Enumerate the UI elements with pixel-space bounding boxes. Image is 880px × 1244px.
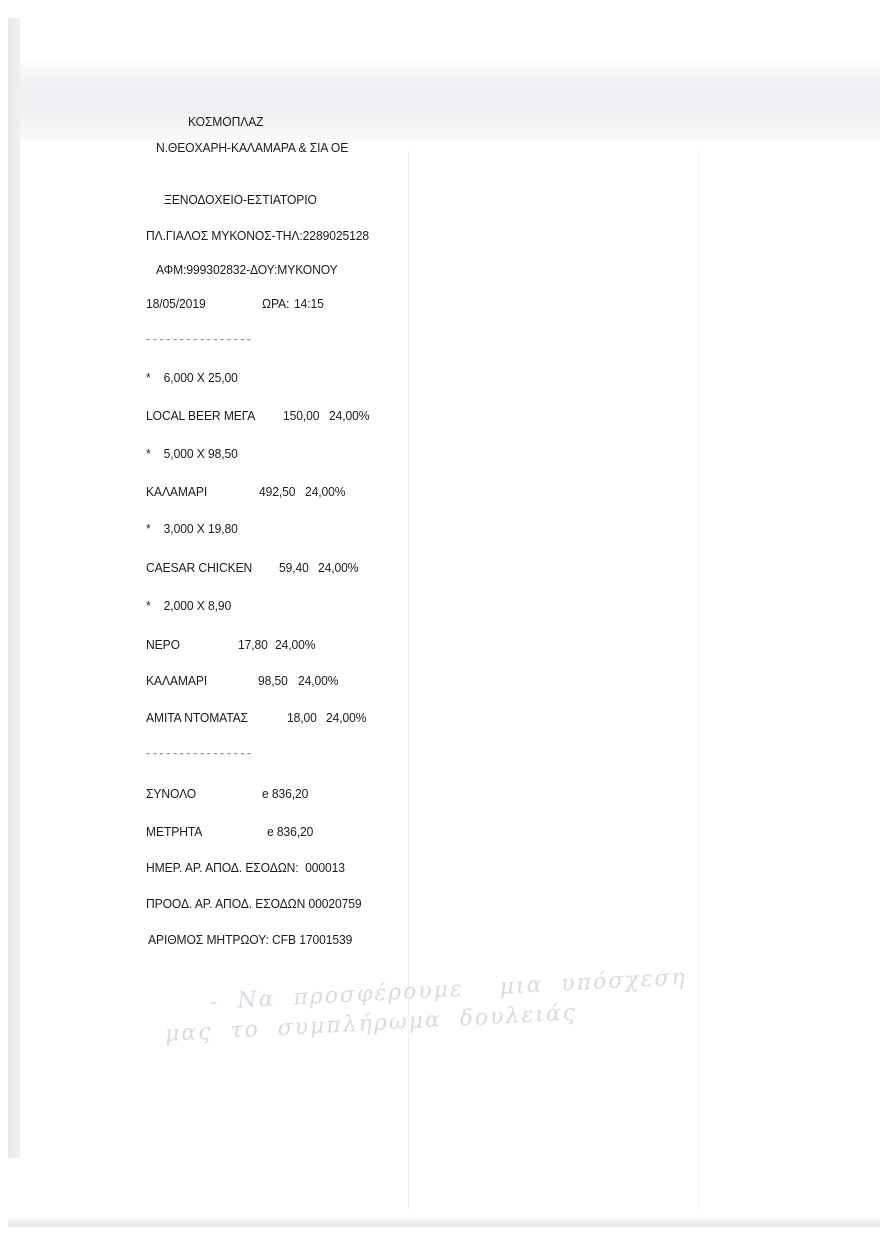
item-vat: 24,00% <box>329 408 369 423</box>
company-name: Ν.ΘΕΟΧΑΡΗ-ΚΑΛΑΜΑΡΑ & ΣΙΑ ΟΕ <box>156 140 348 155</box>
item-amount: 18,00 <box>287 710 317 725</box>
item-amount: 17,80 <box>238 637 268 652</box>
business-name: ΚΟΣΜΟΠΛΑΖ <box>188 114 263 129</box>
business-type: ΞΕΝΟΔΟΧΕΙΟ-ΕΣΤΙΑΤΟΡΙΟ <box>164 192 317 207</box>
registry-number: ΑΡΙΘΜΟΣ ΜΗΤΡΩΟΥ: CFB 17001539 <box>148 932 352 947</box>
receipt-time-label: ΩΡΑ: <box>262 296 289 311</box>
receipt-date: 18/05/2019 <box>146 296 206 311</box>
item-qty-line: * 5,000 X 98,50 <box>146 446 238 461</box>
item-vat: 24,00% <box>305 484 345 499</box>
item-amount: 98,50 <box>258 673 288 688</box>
item-name: ΝΕΡΟ <box>146 637 180 652</box>
scan-edge-strip <box>8 18 20 1158</box>
receipt-time: 14:15 <box>294 296 324 311</box>
scan-bottom-edge <box>8 1215 880 1227</box>
item-qty-line: * 3,000 X 19,80 <box>146 521 238 536</box>
item-qty-line: * 6,000 X 25,00 <box>146 370 238 385</box>
separator-line: ---------------- <box>146 749 254 758</box>
tax-info: ΑΦΜ:999302832-ΔΟΥ:ΜΥΚΟΝΟΥ <box>156 262 338 277</box>
item-qty-line: * 2,000 X 8,90 <box>146 598 231 613</box>
scanned-receipt-page: ΚΟΣΜΟΠΛΑΖ Ν.ΘΕΟΧΑΡΗ-ΚΑΛΑΜΑΡΑ & ΣΙΑ ΟΕ ΞΕ… <box>0 0 880 1244</box>
paper-fold-line <box>408 150 409 1210</box>
item-amount: 492,50 <box>259 484 295 499</box>
item-name: ΚΑΛΑΜΑΡΙ <box>146 484 207 499</box>
paper-fold-line <box>698 150 699 1210</box>
item-name: CAESAR CHICKEN <box>146 560 252 575</box>
daily-receipt-number: ΗΜΕΡ. ΑΡ. ΑΠΟΔ. ΕΣΟΔΩΝ: 000013 <box>146 860 345 875</box>
cumulative-receipt-number: ΠΡΟΟΔ. ΑΡ. ΑΠΟΔ. ΕΣΟΔΩΝ 00020759 <box>146 896 362 911</box>
cash-label: ΜΕΤΡΗΤΑ <box>146 824 202 839</box>
item-name: ΑΜΙΤΑ ΝΤΟΜΑΤΑΣ <box>146 710 248 725</box>
item-name: ΚΑΛΑΜΑΡΙ <box>146 673 207 688</box>
total-value: e 836,20 <box>262 786 308 801</box>
item-vat: 24,00% <box>326 710 366 725</box>
item-amount: 150,00 <box>283 408 319 423</box>
item-amount: 59,40 <box>279 560 309 575</box>
item-name: LOCAL BEER ΜΕΓΑ <box>146 408 255 423</box>
item-vat: 24,00% <box>318 560 358 575</box>
separator-line: ---------------- <box>146 335 254 344</box>
item-vat: 24,00% <box>298 673 338 688</box>
address-phone: ΠΛ.ΓΙΑΛΟΣ ΜΥΚΟΝΟΣ-ΤΗΛ:2289025128 <box>146 228 369 243</box>
item-vat: 24,00% <box>275 637 315 652</box>
cash-value: e 836,20 <box>267 824 313 839</box>
total-label: ΣΥΝΟΛΟ <box>146 786 196 801</box>
scan-shadow-band <box>20 55 880 140</box>
